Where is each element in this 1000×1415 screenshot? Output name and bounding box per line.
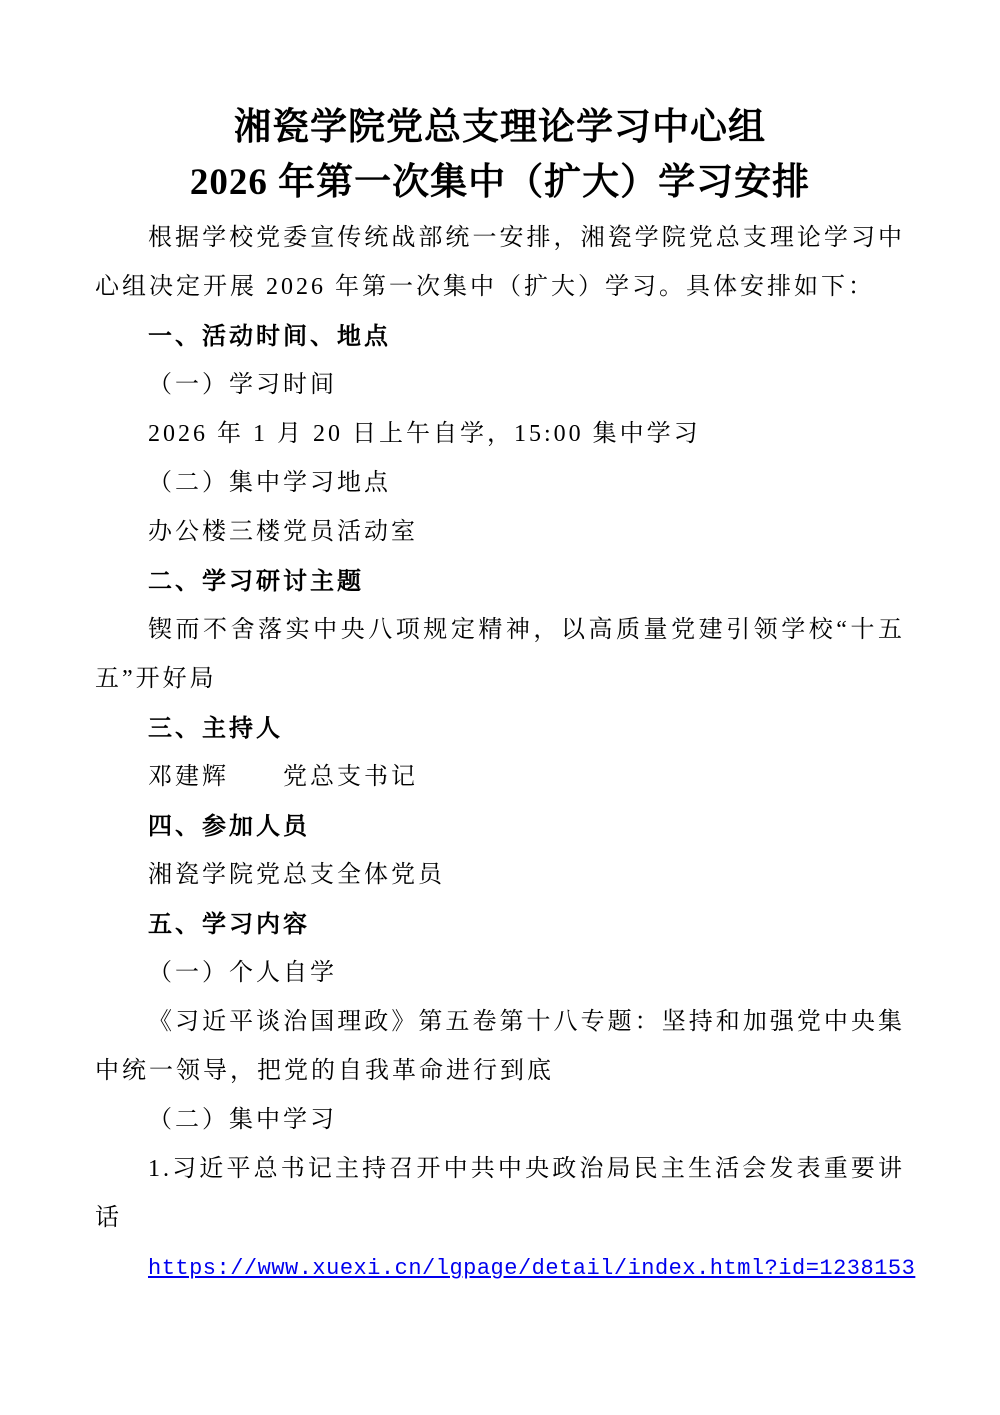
body-paragraph: 根据学校党委宣传统战部统一安排，湘瓷学院党总支理论学习中心组决定开展 2026 … <box>95 214 905 312</box>
section-heading: 四、参加人员 <box>95 802 905 851</box>
section-heading: 三、主持人 <box>95 704 905 753</box>
document-title-line1: 湘瓷学院党总支理论学习中心组 <box>95 100 905 155</box>
document-hyperlink[interactable]: https://www.xuexi.cn/lgpage/detail/index… <box>148 1256 915 1281</box>
document-content: 湘瓷学院党总支理论学习中心组 2026 年第一次集中（扩大）学习安排 根据学校党… <box>95 100 905 1293</box>
document-page: 湘瓷学院党总支理论学习中心组 2026 年第一次集中（扩大）学习安排 根据学校党… <box>0 0 1000 1415</box>
body-paragraph: 办公楼三楼党员活动室 <box>95 508 905 557</box>
section-heading: 二、学习研讨主题 <box>95 557 905 606</box>
sub-heading: （二）集中学习地点 <box>95 459 905 508</box>
document-body: 根据学校党委宣传统战部统一安排，湘瓷学院党总支理论学习中心组决定开展 2026 … <box>95 214 905 1293</box>
link-paragraph: https://www.xuexi.cn/lgpage/detail/index… <box>95 1243 905 1293</box>
sub-heading: （一）学习时间 <box>95 361 905 410</box>
section-heading: 一、活动时间、地点 <box>95 312 905 361</box>
section-heading: 五、学习内容 <box>95 900 905 949</box>
body-paragraph: 湘瓷学院党总支全体党员 <box>95 851 905 900</box>
body-paragraph: 1.习近平总书记主持召开中共中央政治局民主生活会发表重要讲话 <box>95 1145 905 1243</box>
document-title-line2: 2026 年第一次集中（扩大）学习安排 <box>95 155 905 210</box>
body-paragraph: 《习近平谈治国理政》第五卷第十八专题：坚持和加强党中央集中统一领导，把党的自我革… <box>95 998 905 1096</box>
body-paragraph: 锲而不舍落实中央八项规定精神，以高质量党建引领学校“十五五”开好局 <box>95 606 905 704</box>
body-paragraph: 2026 年 1 月 20 日上午自学，15:00 集中学习 <box>95 410 905 459</box>
document-title: 湘瓷学院党总支理论学习中心组 2026 年第一次集中（扩大）学习安排 <box>95 100 905 210</box>
body-paragraph: 邓建辉 党总支书记 <box>95 753 905 802</box>
sub-heading: （一）个人自学 <box>95 949 905 998</box>
sub-heading: （二）集中学习 <box>95 1096 905 1145</box>
